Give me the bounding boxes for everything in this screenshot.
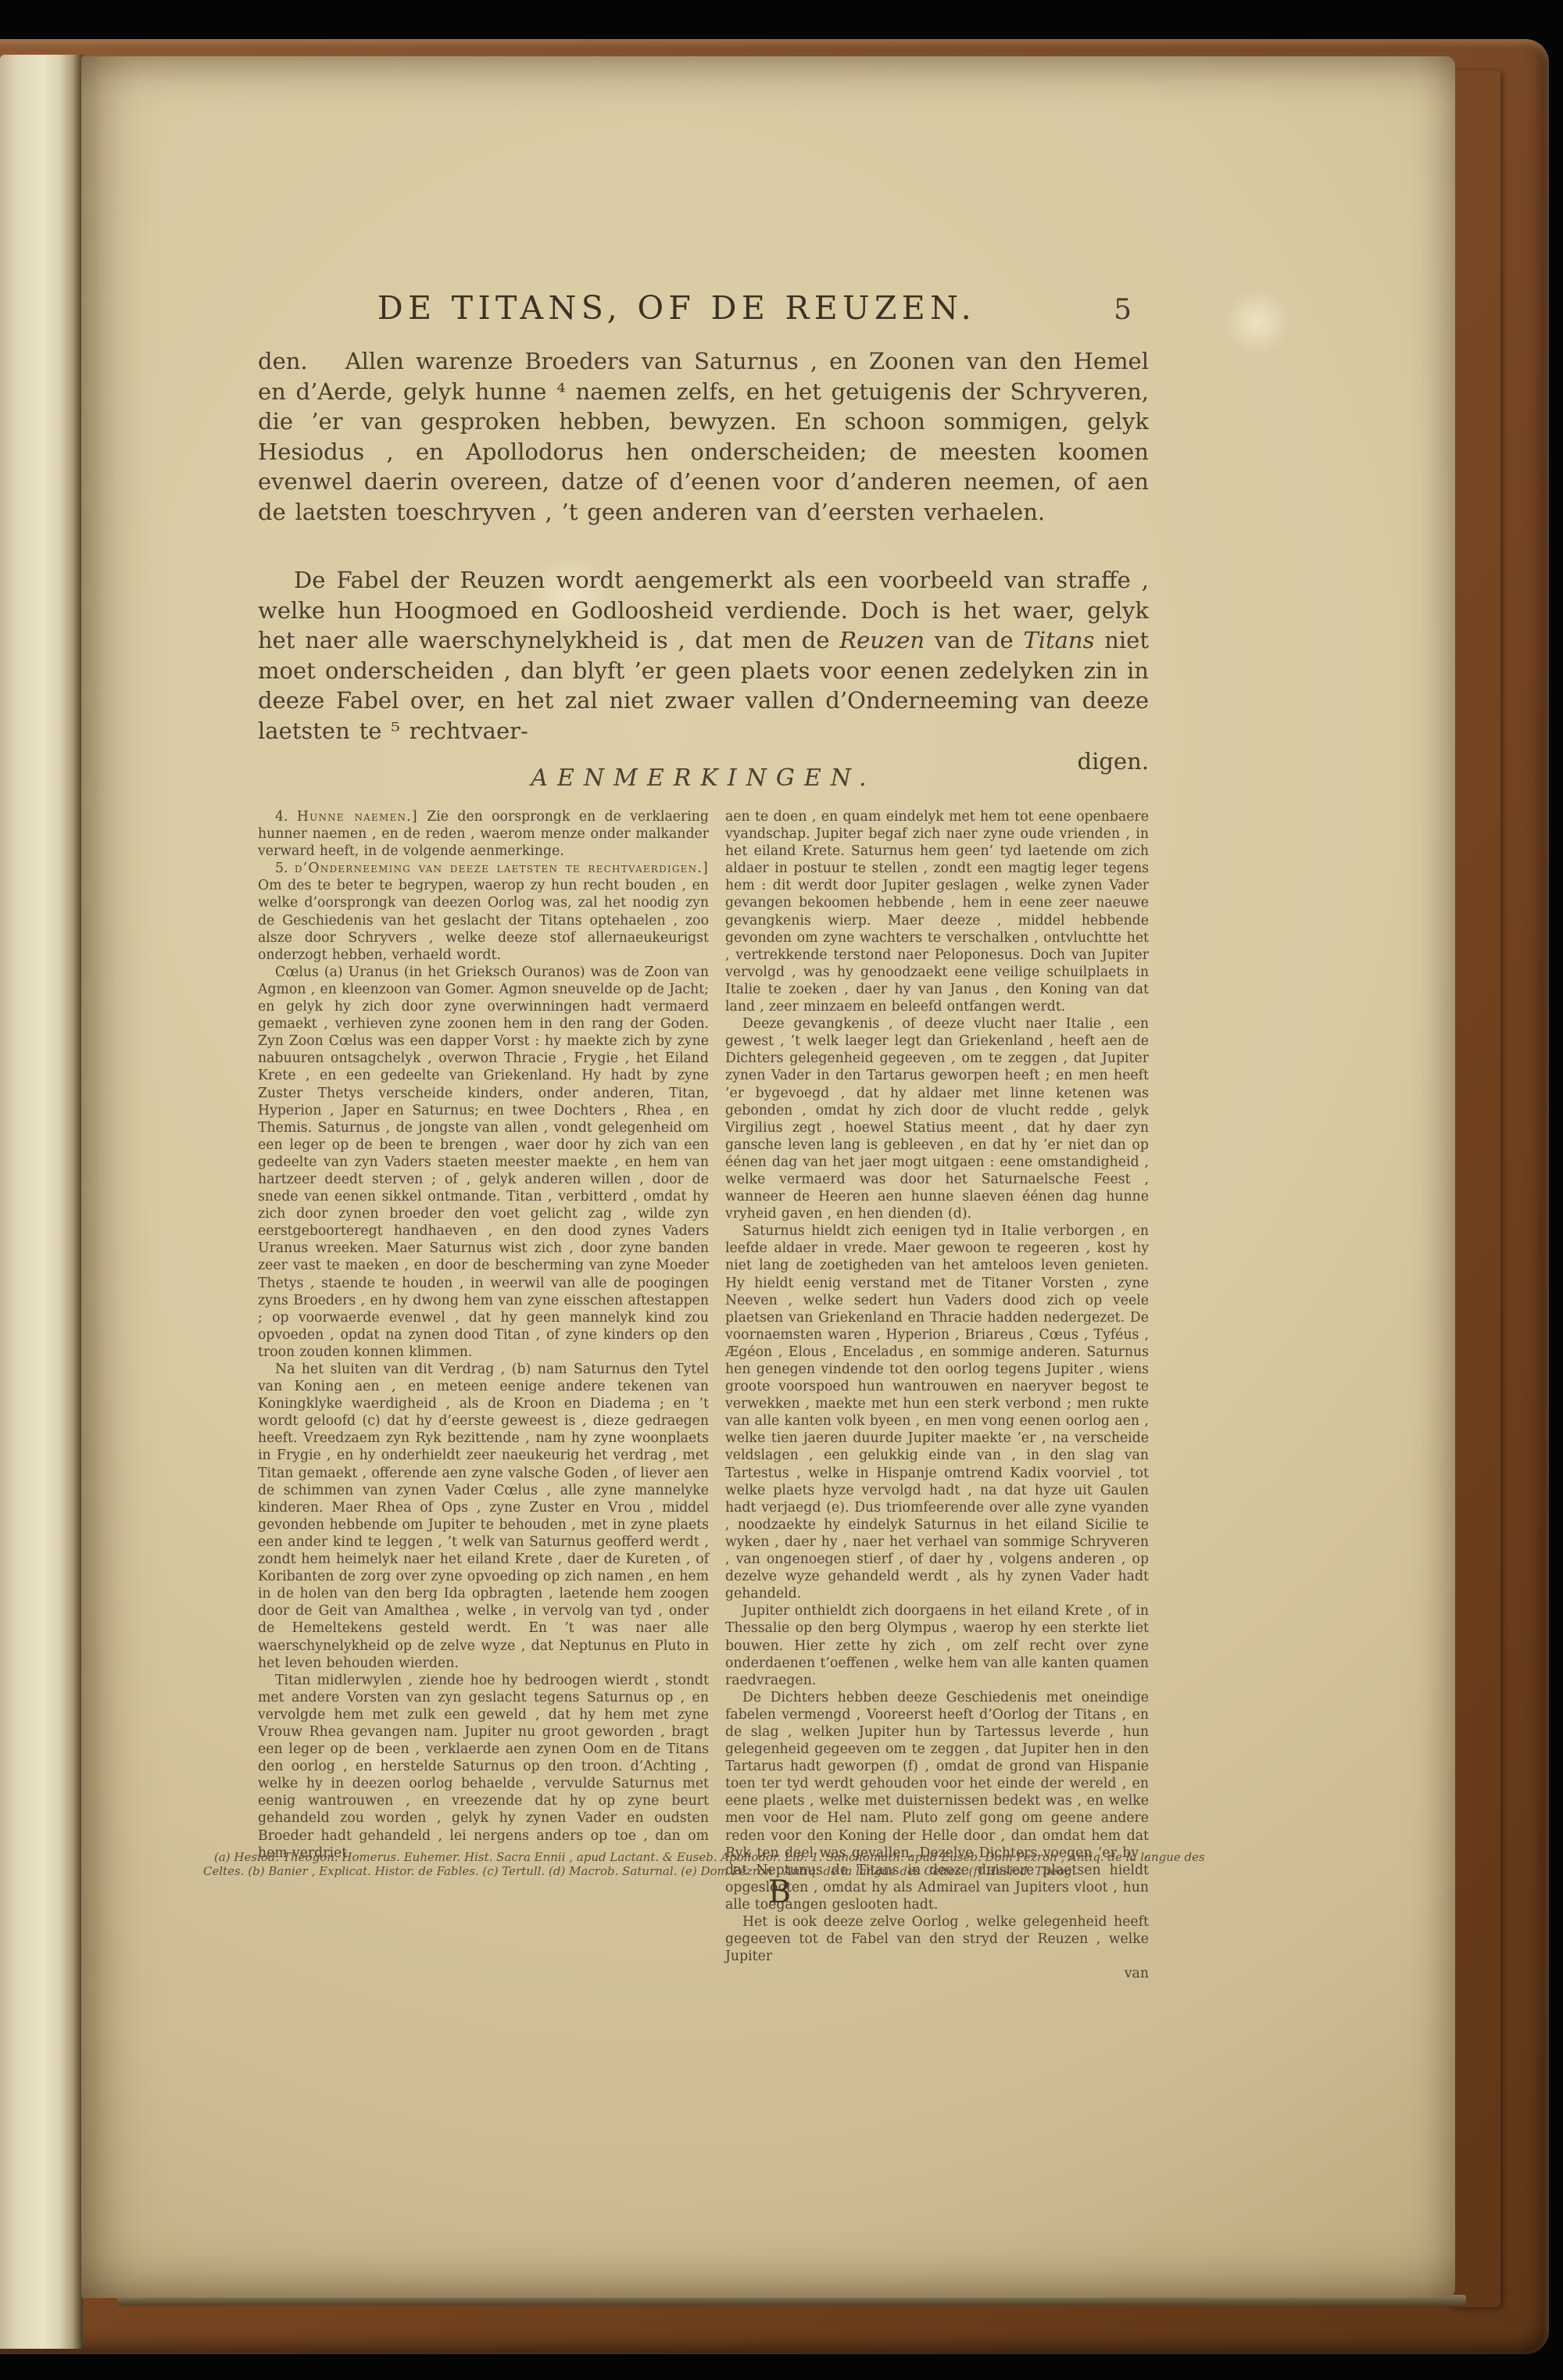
page-title: DE TITANS, OF DE REUZEN. — [258, 289, 1096, 327]
book-page: DE TITANS, OF DE REUZEN. 5 den.Allen war… — [81, 56, 1455, 2298]
intro-paragraph-1-text: Allen warenze Broeders van Saturnus , en… — [258, 348, 1149, 525]
column-paragraph: Deeze gevangkenis , of deeze vlucht naer… — [725, 1015, 1149, 1222]
text-block: DE TITANS, OF DE REUZEN. 5 den.Allen war… — [258, 56, 1149, 2298]
intro-paragraph-1: den.Allen warenze Broeders van Saturnus … — [258, 346, 1149, 528]
column-paragraph: Jupiter onthieldt zich doorgaens in het … — [725, 1602, 1149, 1688]
annotation-columns: 4. Hunne naemen.] Zie den oorsprongk en … — [258, 808, 1149, 1982]
note-5: 5. d’Onderneeming van deeze laetsten te … — [258, 860, 709, 964]
column-paragraph: Saturnus hieldt zich eenigen tyd in Ital… — [725, 1222, 1149, 1602]
paper-stain — [1222, 291, 1293, 353]
note-number: 4. — [275, 809, 297, 825]
column-paragraph: Cœlus (a) Uranus (in het Grieksch Ourano… — [258, 964, 709, 1361]
text-column-left: 4. Hunne naemen.] Zie den oorsprongk en … — [258, 808, 709, 1982]
column-paragraph: Het is ook deeze zelve Oorlog , welke ge… — [725, 1913, 1149, 1965]
note-lead: d’Onderneeming van deeze laetsten te rec… — [295, 861, 709, 876]
facing-page-curl — [0, 55, 83, 2349]
footnote-line: (a) Hesiod. Theogon. Homerus. Euhemer. H… — [203, 1851, 1229, 1865]
intro-paragraph-2-text: van de — [925, 627, 1023, 653]
note-body: Om des te beter te begrypen, waerop zy h… — [258, 878, 709, 962]
page-edges-stack — [1449, 70, 1500, 2307]
column-paragraph: Na het sluiten van dit Verdrag , (b) nam… — [258, 1361, 709, 1672]
note-number: 5. — [275, 861, 295, 876]
page-number: 5 — [1114, 294, 1132, 326]
italic-word-reuzen: Reuzen — [839, 627, 925, 653]
running-head: DE TITANS, OF DE REUZEN. 5 — [258, 289, 1149, 336]
section-heading: AENMERKINGEN. — [258, 764, 1149, 792]
catchword: van — [725, 1965, 1149, 1982]
note-4: 4. Hunne naemen.] Zie den oorsprongk en … — [258, 808, 709, 860]
note-lead: Hunne naemen.] — [297, 809, 418, 825]
carryover-word: den. — [258, 348, 308, 374]
column-paragraph: aen te doen , en quam eindelyk met hem t… — [725, 808, 1149, 1015]
intro-paragraph-2: De Fabel der Reuzen wordt aengemerkt als… — [258, 565, 1149, 776]
book-photo: DE TITANS, OF DE REUZEN. 5 den.Allen war… — [0, 0, 1563, 2380]
signature-mark: B — [258, 1874, 1149, 1910]
column-paragraph: Titan midlerwylen , ziende hoe hy bedroo… — [258, 1672, 709, 1862]
text-column-right: aen te doen , en quam eindelyk met hem t… — [725, 808, 1149, 1982]
italic-word-titans: Titans — [1023, 627, 1094, 653]
